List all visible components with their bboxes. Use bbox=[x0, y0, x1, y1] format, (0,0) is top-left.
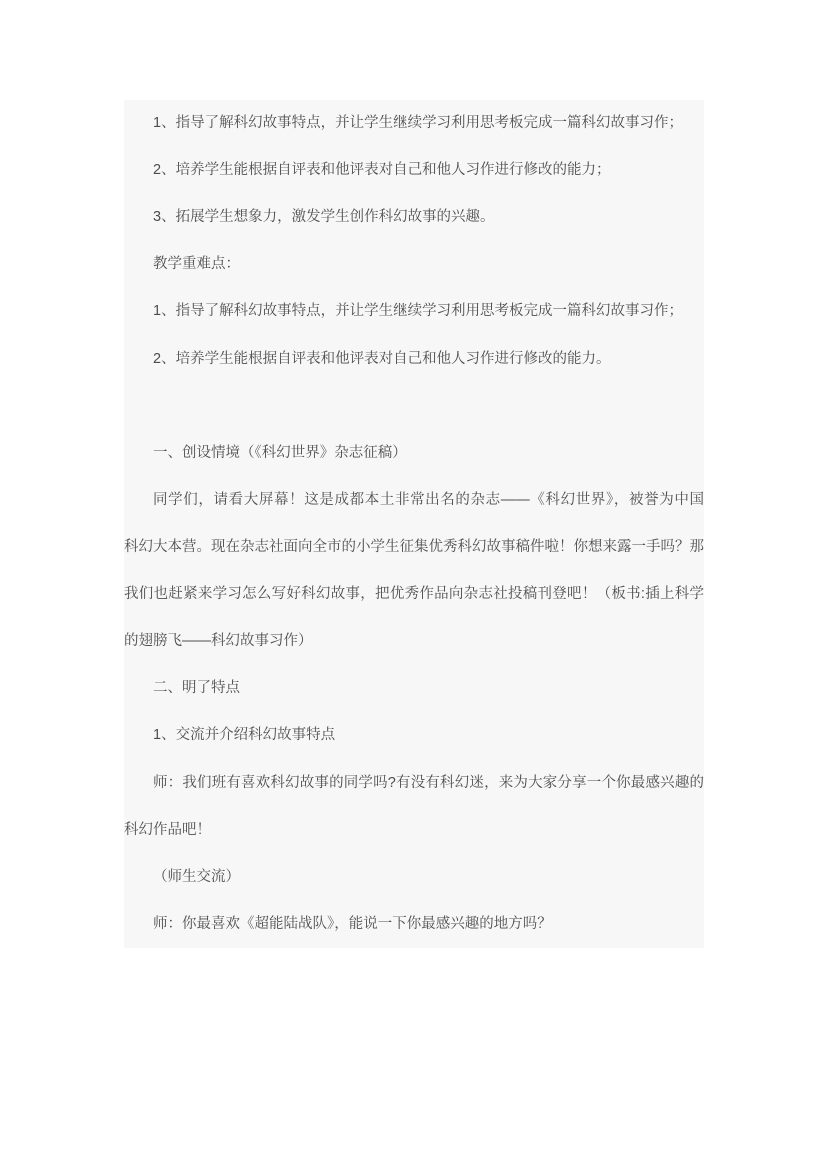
document-line: 一、创设情境（《科幻世界》杂志征稿） bbox=[124, 430, 704, 477]
document-line: 科幻大本营。现在杂志社面向全市的小学生征集优秀科幻故事稿件啦！你想来露一手吗？那 bbox=[124, 524, 704, 571]
document-line: 1、指导了解科幻故事特点，并让学生继续学习利用思考板完成一篇科幻故事习作； bbox=[124, 288, 704, 335]
document-line: 师：我们班有喜欢科幻故事的同学吗?有没有科幻迷，来为大家分享一个你最感兴趣的 bbox=[124, 760, 704, 807]
document-line: 1、交流并介绍科幻故事特点 bbox=[124, 712, 704, 759]
document-page: 1、指导了解科幻故事特点，并让学生继续学习利用思考板完成一篇科幻故事习作；2、培… bbox=[0, 0, 827, 1170]
content-panel: 1、指导了解科幻故事特点，并让学生继续学习利用思考板完成一篇科幻故事习作；2、培… bbox=[124, 100, 704, 948]
document-line: 2、培养学生能根据自评表和他评表对自己和他人习作进行修改的能力； bbox=[124, 147, 704, 194]
document-line: 2、培养学生能根据自评表和他评表对自己和他人习作进行修改的能力。 bbox=[124, 336, 704, 383]
blank-line bbox=[124, 383, 704, 430]
document-line: （师生交流） bbox=[124, 854, 704, 901]
document-line: 1、指导了解科幻故事特点，并让学生继续学习利用思考板完成一篇科幻故事习作； bbox=[124, 100, 704, 147]
document-line: 教学重难点： bbox=[124, 241, 704, 288]
document-line: 的翅膀飞——科幻故事习作） bbox=[124, 618, 704, 665]
document-line: 二、明了特点 bbox=[124, 665, 704, 712]
document-line: 我们也赶紧来学习怎么写好科幻故事，把优秀作品向杂志社投稿刊登吧！（板书:插上科学 bbox=[124, 571, 704, 618]
document-line: 3、拓展学生想象力，激发学生创作科幻故事的兴趣。 bbox=[124, 194, 704, 241]
document-line: 科幻作品吧！ bbox=[124, 807, 704, 854]
document-line: 师：你最喜欢《超能陆战队》，能说一下你最感兴趣的地方吗？ bbox=[124, 901, 704, 948]
document-line: 同学们，请看大屏幕！这是成都本土非常出名的杂志——《科幻世界》，被誉为中国 bbox=[124, 477, 704, 524]
